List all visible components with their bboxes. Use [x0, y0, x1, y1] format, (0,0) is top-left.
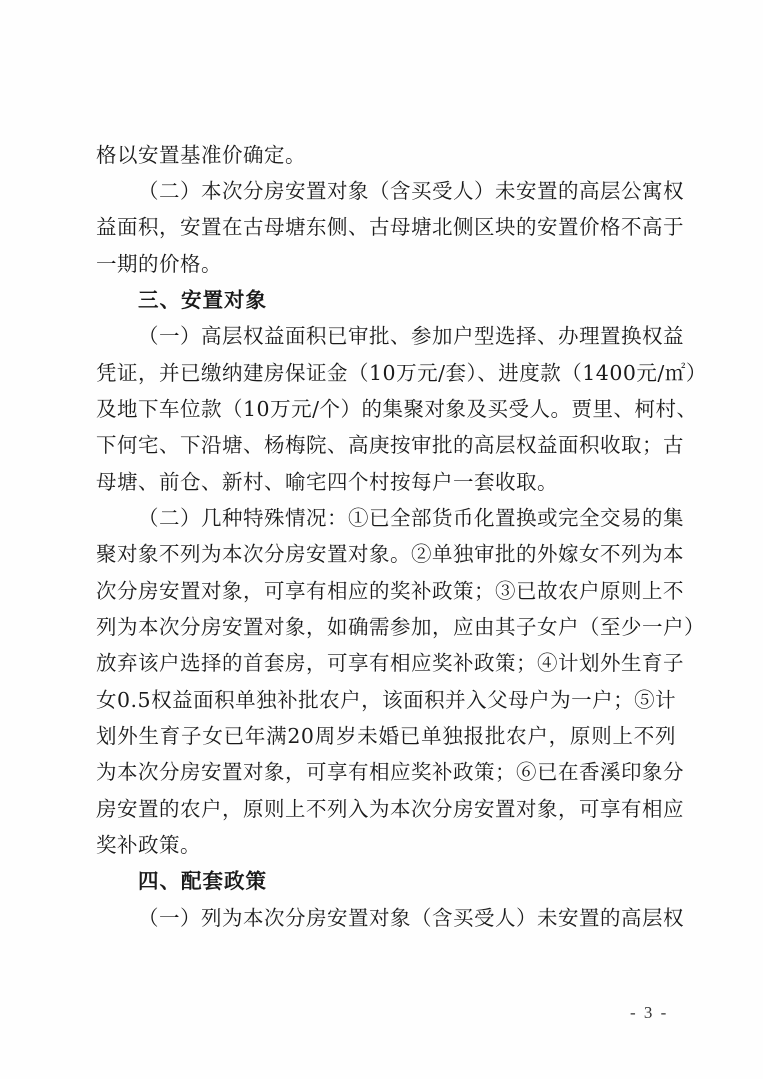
paragraph-line: 房安置的农户，原则上不列入为本次分房安置对象，可享有相应 [96, 794, 676, 824]
paragraph-line: 格以安置基准价确定。 [96, 140, 676, 170]
paragraph-line: 益面积，安置在古母塘东侧、古母塘北侧区块的安置价格不高于 [96, 212, 676, 242]
paragraph-line: （二）几种特殊情况：①已全部货币化置换或完全交易的集 [138, 503, 676, 533]
paragraph-line: 聚对象不列为本次分房安置对象。②单独审批的外嫁女不列为本 [96, 539, 676, 569]
paragraph-line: （二）本次分房安置对象（含买受人）未安置的高层公寓权 [138, 176, 676, 206]
document-page: 格以安置基准价确定。 （二）本次分房安置对象（含买受人）未安置的高层公寓权 益面… [0, 0, 763, 1079]
paragraph-line: 列为本次分房安置对象，如确需参加，应由其子女户（至少一户） [96, 612, 676, 642]
paragraph-line: 及地下车位款（10万元/个）的集聚对象及买受人。贾里、柯村、 [96, 394, 676, 424]
paragraph-line: 放弃该户选择的首套房，可享有相应奖补政策；④计划外生育子 [96, 648, 676, 678]
paragraph-line: 下何宅、下沿塘、杨梅院、高庚按审批的高层权益面积收取；古 [96, 430, 676, 460]
paragraph-line: 为本次分房安置对象，可享有相应奖补政策；⑥已在香溪印象分 [96, 757, 676, 787]
paragraph-line: 奖补政策。 [96, 830, 676, 860]
paragraph-line: 凭证，并已缴纳建房保证金（10万元/套）、进度款（1400元/㎡） [96, 358, 676, 388]
paragraph-line: 划外生育子女已年满20周岁未婚已单独报批农户，原则上不列 [96, 721, 676, 751]
paragraph-line: （一）列为本次分房安置对象（含买受人）未安置的高层权 [138, 903, 676, 933]
section-heading: 三、安置对象 [138, 285, 267, 315]
paragraph-line: （一）高层权益面积已审批、参加户型选择、办理置换权益 [138, 321, 676, 351]
paragraph-line: 一期的价格。 [96, 249, 676, 279]
paragraph-line: 女0.5权益面积单独补批农户，该面积并入父母户为一户；⑤计 [96, 685, 676, 715]
section-heading: 四、配套政策 [138, 866, 267, 896]
paragraph-line: 次分房安置对象，可享有相应的奖补政策；③已故农户原则上不 [96, 576, 676, 606]
paragraph-line: 母塘、前仓、新村、喻宅四个村按每户一套收取。 [96, 467, 676, 497]
page-number: - 3 - [630, 1003, 668, 1023]
